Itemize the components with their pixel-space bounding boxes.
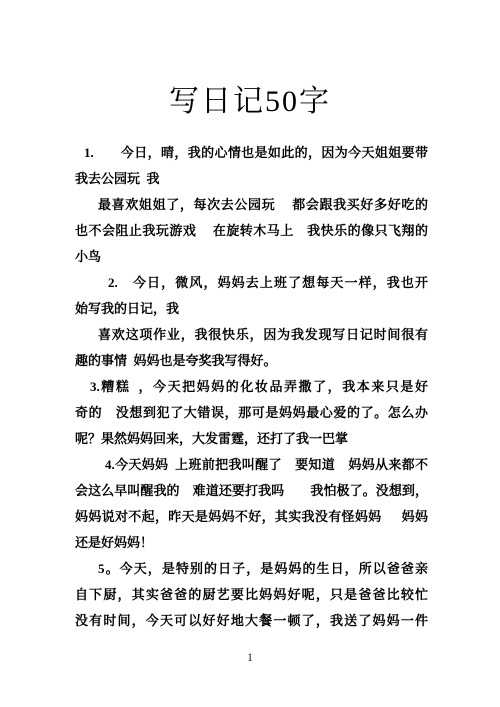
text-line: 没有时间，今天可以好好地大餐一顿了，我送了妈妈一件 (75, 608, 428, 634)
text-line: 4.今天妈妈 上班前把我叫醒了 要知道 妈妈从来都不 (75, 452, 428, 478)
text-line: 妈妈说对不起，昨天是妈妈不好，其实我没有怪妈妈 妈妈 (75, 504, 428, 530)
text-line: 喜欢这项作业，我很快乐，因为我发现写日记时间很有 (75, 322, 428, 348)
text-line: 最喜欢姐姐了，每次去公园玩 都会跟我买好多好吃的 (75, 192, 428, 218)
text-line: 自下厨，其实爸爸的厨艺要比妈妈好呢，只是爸爸比较忙 (75, 582, 428, 608)
text-line: 始写我的日记，我 (75, 296, 428, 322)
text-line: 3.糟糕 ，今天把妈妈的化妆品弄撒了，我本来只是好 (75, 374, 428, 400)
document-body: 1. 今日，晴，我的心情也是如此的，因为今天姐姐要带 我去公园玩 我 最喜欢姐姐… (75, 140, 428, 634)
text-line: 5。今天，是特别的日子，是妈妈的生日，所以爸爸亲 (75, 556, 428, 582)
text-line: 呢？果然妈妈回来，大发雷霆，还打了我一巴掌 (75, 426, 428, 452)
text-line: 会这么早叫醒我的 难道还要打我吗 我怕极了。没想到， (75, 478, 428, 504)
text-line: 小鸟 (75, 244, 428, 270)
text-line: 奇的 没想到犯了大错误，那可是妈妈最心爱的了。怎么办 (75, 400, 428, 426)
text-line: 我去公园玩 我 (75, 166, 428, 192)
document-page: 写日记50字 1. 今日，晴，我的心情也是如此的，因为今天姐姐要带 我去公园玩 … (0, 0, 500, 707)
text-line: 也不会阻止我玩游戏 在旋转木马上 我快乐的像只飞翔的 (75, 218, 428, 244)
page-title: 写日记50字 (0, 84, 500, 120)
text-line: 还是好妈妈！ (75, 530, 428, 556)
text-line: 1. 今日，晴，我的心情也是如此的，因为今天姐姐要带 (75, 140, 428, 166)
text-line: 趣的事情 妈妈也是夸奖我写得好。 (75, 348, 428, 374)
text-line: 2. 今日，微风，妈妈去上班了想每天一样，我也开 (75, 270, 428, 296)
page-number: 1 (0, 650, 500, 665)
